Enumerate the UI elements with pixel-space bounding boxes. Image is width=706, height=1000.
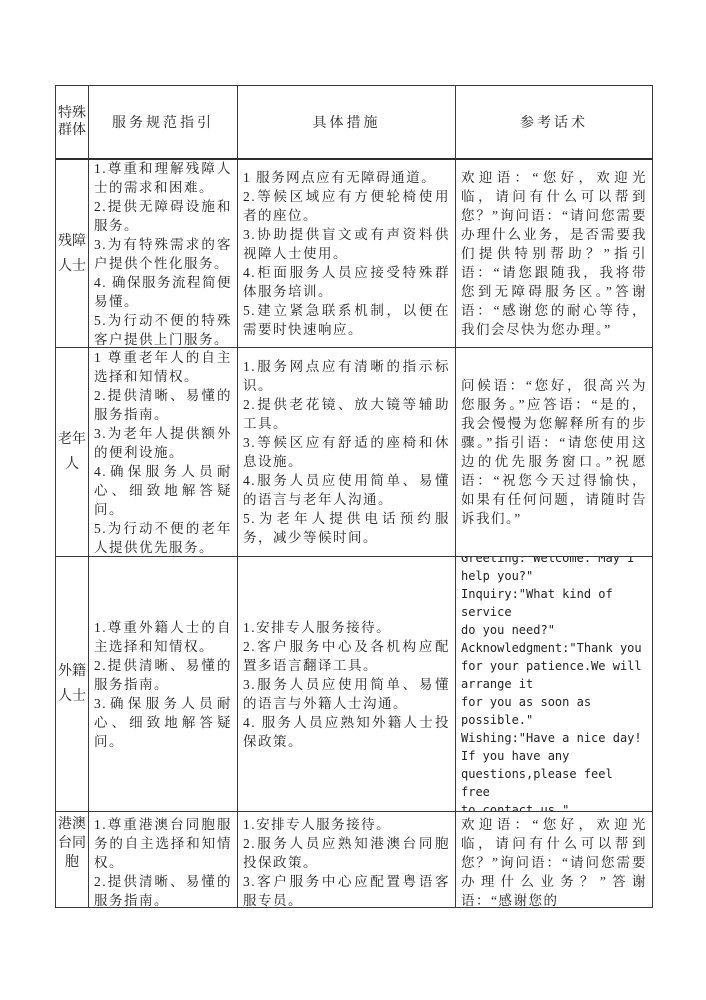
measures-text: 1 服务网点应有无障碍通道。 2.等候区域应有方便轮椅使用者的座位。 3.协助提… — [243, 168, 450, 339]
row-disabled-scripts-cell: 欢迎语：“您好，欢迎光临，请问有什么可以帮到您？”询问语：“请问您需要办理什么业… — [456, 160, 653, 348]
row-foreigners-measures-cell: 1.安排专人服务接待。 2.客户服务中心及各机构应配置多语言翻译工具。 3.服务… — [238, 557, 456, 812]
guidelines-text: 1.尊重外籍人士的自主选择和知情权。 2.提供清晰、易懂的服务指南。 3.确保服… — [94, 618, 232, 751]
group-name: 外籍人士 — [58, 659, 86, 709]
header-reference-scripts-label: 参考话术 — [520, 112, 588, 132]
row-elderly-measures-cell: 1.服务网点应有清晰的指示标识。 2.提供老花镜、放大镜等辅助工具。 3.等候区… — [238, 348, 456, 557]
scripts-text: 欢迎语：“您好，欢迎光临，请问有什么可以帮到您？”询问语：“请问您需要办理什么业… — [461, 815, 647, 908]
row-hkmotw-scripts-cell: 欢迎语：“您好，欢迎光临，请问有什么可以帮到您？”询问语：“请问您需要办理什么业… — [456, 812, 653, 908]
header-reference-scripts: 参考话术 — [456, 86, 653, 160]
measures-text: 1.安排专人服务接待。 2.客户服务中心及各机构应配置多语言翻译工具。 3.服务… — [243, 618, 450, 751]
scripts-text: 问候语：“您好，很高兴为您服务。”应答语：“是的，我会慢慢为您解释所有的步骤。”… — [461, 376, 647, 528]
row-elderly-scripts-cell: 问候语：“您好，很高兴为您服务。”应答语：“是的，我会慢慢为您解释所有的步骤。”… — [456, 348, 653, 557]
guidelines-text: 1.尊重和理解残障人士的需求和困难。 2.提供无障碍设施和服务。 3.为有特殊需… — [94, 160, 232, 348]
special-groups-service-table: 特殊群体 服务规范指引 具体措施 参考话术 残障人士 1.尊重和理解残障人士的需… — [55, 85, 653, 908]
group-name: 港澳台同胞 — [58, 815, 86, 872]
row-foreigners-guidelines-cell: 1.尊重外籍人士的自主选择和知情权。 2.提供清晰、易懂的服务指南。 3.确保服… — [89, 557, 238, 812]
row-hkmotw-measures-cell: 1.安排专人服务接待。 2.服务人员应熟知港澳台同胞投保政策。 3.客户服务中心… — [238, 812, 456, 908]
measures-text: 1.安排专人服务接待。 2.服务人员应熟知港澳台同胞投保政策。 3.客户服务中心… — [243, 815, 450, 908]
row-foreigners-group-label: 外籍人士 — [56, 557, 89, 812]
row-disabled-measures-cell: 1 服务网点应有无障碍通道。 2.等候区域应有方便轮椅使用者的座位。 3.协助提… — [238, 160, 456, 348]
header-specific-measures: 具体措施 — [238, 86, 456, 160]
header-service-guideline: 服务规范指引 — [89, 86, 238, 160]
group-name: 残障人士 — [58, 229, 86, 279]
row-foreigners-scripts-cell: Greeting:"Welcome. May I help you?" Inqu… — [456, 557, 653, 812]
row-hkmotw-group-label: 港澳台同胞 — [56, 812, 89, 908]
row-disabled-group-label: 残障人士 — [56, 160, 89, 348]
row-elderly-group-label: 老年人 — [56, 348, 89, 557]
group-name: 老年人 — [58, 427, 86, 477]
scripts-text: 欢迎语：“您好，欢迎光临，请问有什么可以帮到您？”询问语：“请问您需要办理什么业… — [461, 168, 647, 339]
header-specific-measures-label: 具体措施 — [313, 112, 381, 132]
header-special-group-label: 特殊群体 — [58, 105, 86, 139]
guidelines-text: 1.尊重港澳台同胞服务的自主选择和知情权。 2.提供清晰、易懂的服务指南。 — [94, 815, 232, 908]
scripts-text-english: Greeting:"Welcome. May I help you?" Inqu… — [461, 557, 647, 812]
header-service-guideline-label: 服务规范指引 — [112, 112, 214, 132]
header-special-group: 特殊群体 — [56, 86, 89, 160]
row-disabled-guidelines-cell: 1.尊重和理解残障人士的需求和困难。 2.提供无障碍设施和服务。 3.为有特殊需… — [89, 160, 238, 348]
row-elderly-guidelines-cell: 1 尊重老年人的自主选择和知情权。 2.提供清晰、易懂的服务指南。 3.为老年人… — [89, 348, 238, 557]
row-hkmotw-guidelines-cell: 1.尊重港澳台同胞服务的自主选择和知情权。 2.提供清晰、易懂的服务指南。 — [89, 812, 238, 908]
guidelines-text: 1 尊重老年人的自主选择和知情权。 2.提供清晰、易懂的服务指南。 3.为老年人… — [94, 348, 232, 557]
measures-text: 1.服务网点应有清晰的指示标识。 2.提供老花镜、放大镜等辅助工具。 3.等候区… — [243, 357, 450, 547]
